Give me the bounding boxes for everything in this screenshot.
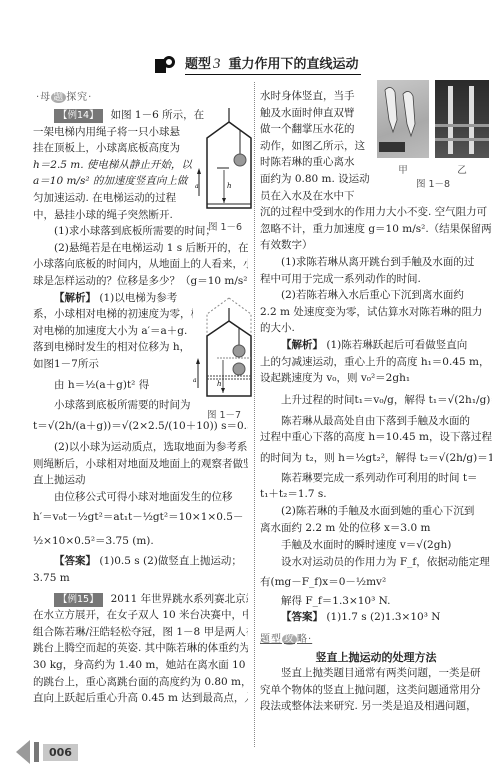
text-line: (1)以电梯为参考	[99, 292, 177, 304]
svg-text:a: a	[195, 183, 199, 190]
figure-label-yi: 乙	[435, 162, 489, 176]
text-line: 系，小球相对电梯的初速度为零，相	[33, 306, 193, 323]
text-line: h＝2.5 m. 使电梯从静止开始，以	[33, 157, 193, 174]
text-line: 竖直上抛类题目通常有两类问题，一类是研	[260, 665, 492, 682]
text-line: a＝10 m/s² 的加速度竖直向上做	[33, 173, 193, 190]
section-badge-mother-problem: ·母题探究·	[36, 88, 92, 103]
formula-line: h′＝v₀t－½gt²＝at₁t－½gt²＝10×1×0.5－	[33, 505, 248, 529]
badge-post: 探究·	[66, 92, 92, 103]
text-line: (2)陈若琳的手触及水面到她的重心下沉到	[260, 503, 492, 520]
analysis-first-line: 【解析】 (1)以电梯为参考	[33, 290, 209, 307]
question-2: (2)悬绳若是在电梯运动 1 s 后断开的，在	[33, 240, 248, 257]
text-line: 挂在顶板上，小球离底板高度为	[33, 140, 193, 157]
text-line: 直向上跃起后重心升高 0.45 m 达到最高点，入	[33, 690, 248, 707]
analysis-first-line: 【解析】 (1)陈若琳跃起后可看做竖直向	[260, 337, 492, 354]
text-line: 中，悬挂小球的绳子突然断开.	[33, 207, 193, 224]
figure-1-7: a h 图 1－7	[193, 296, 255, 416]
text-line: 3.75 m	[33, 570, 248, 587]
badge-highlight: 题	[51, 92, 66, 103]
title-text: 重力作用下的直线运动	[229, 57, 359, 72]
page-number-tab: 006	[16, 740, 78, 764]
text-line: 究单个物体的竖直上抛问题，这类问题通常用分	[260, 682, 492, 699]
analysis-tag: 【解析】	[54, 292, 96, 304]
text-line: 2011 年世界跳水系列赛北京站	[111, 593, 248, 605]
figure-1-8: 甲 乙 图 1－8	[377, 80, 495, 190]
text-line: 时陈若琳的重心离水	[260, 154, 375, 171]
pointer-hand-icon	[155, 55, 185, 73]
text-line: 面约为 0.80 m. 设运动	[260, 171, 375, 188]
text-line: (1)1.7 s (2)1.3×10³ N	[326, 611, 440, 623]
strategy-title: 竖直上抛运动的处理方法	[260, 649, 492, 665]
text-line: 组合陈若琳/汪皓轻松夺冠，图 1－8 甲是两人在	[33, 624, 248, 641]
text-line: 对电梯的加速度大小为 a′＝a＋g.	[33, 323, 193, 340]
figure-caption: 图 1－6	[195, 219, 255, 233]
text-line: 如图1－7所示	[33, 356, 193, 373]
formula-line: 手触及水面时的瞬时速度 v＝√(2gh)	[260, 536, 492, 554]
text-line: 2.2 m 处速度变为零，试估算水对陈若琳的阻力	[260, 304, 492, 321]
text-line: 过程中重心下落的高度 h＝10.45 m，设下落过程	[260, 429, 492, 446]
figure-1-6: a h 图 1－6	[195, 108, 255, 228]
text-line: t₁＋t₂＝1.7 s.	[260, 486, 492, 503]
text-line: 触及水面时伸直双臂	[260, 105, 375, 122]
text-line: 小球落到底板所需要的时间为	[33, 397, 214, 414]
answer-line: 【答案】 (1)1.7 s (2)1.3×10³ N	[260, 609, 492, 626]
text-line: 匀加速运动. 在电梯运动的过程	[33, 190, 193, 207]
photo-yi-divers-entry	[435, 80, 489, 158]
text-line: 陈若琳要完成一系列动作可利用的时间 t＝	[260, 470, 492, 487]
text-line: (1)陈若琳跃起后可看做竖直向	[326, 339, 467, 351]
text-line: 离水面约 2.2 m 处的位移 x＝3.0 m	[260, 520, 492, 537]
text-line: 30 kg，身高约为 1.40 m，她站在离水面 10 m 高	[33, 657, 248, 674]
text-line: 设起跳速度为 v₀，则 v₀²＝2gh₁	[260, 370, 492, 387]
formula-line: ½×10×0.5²＝3.75 (m).	[33, 529, 248, 553]
text-line: 在水立方展开，在女子双人 10 米台决赛中，中国	[33, 607, 248, 624]
svg-text:h: h	[217, 380, 222, 388]
text-line: 的跳台上，重心离跳台面的高度约为 0.80 m，竖	[33, 674, 248, 691]
example-tag: 【例14】	[54, 109, 103, 123]
text-line: 程中可用于完成一系列动作的时间.	[260, 271, 492, 288]
formula-line: 由 h＝½(a＋g)t² 得	[33, 373, 214, 397]
formula-line: 有(mg－F_f)x＝0－½mv²	[260, 571, 492, 593]
badge-highlight: 攻	[282, 634, 297, 645]
answer-tag: 【答案】	[281, 611, 323, 623]
photo-jia-divers-midair	[377, 80, 429, 158]
text-line: (2)以小球为运动质点，选取地面为参考系，	[33, 439, 248, 456]
formula-line: 的时间为 t₂，则 h＝½gt₂²，解得 t₂＝√(2h/g)＝1.4 s	[260, 446, 492, 470]
text-line: 跳台上腾空而起的英姿. 其中陈若琳的体重约为	[33, 640, 248, 657]
text-line: 忽略不计，重力加速度 g＝10 m/s².（结果保留两位	[260, 221, 492, 238]
text-line: 由位移公式可得小球对地面发生的位移	[33, 489, 248, 506]
text-line: 如图 1－6 所示，在	[111, 109, 205, 121]
type-number: 3	[213, 56, 221, 72]
text-line: 球是怎样运动的？位移是多少？（g＝10 m/s²）	[33, 273, 248, 290]
section-header: 题型3重力作用下的直线运动	[155, 53, 361, 75]
question-1: (1)求陈若琳从离开跳台到手触及水面的过	[260, 254, 492, 271]
question-2: (2)若陈若琳入水后重心下沉到离水面约	[260, 287, 492, 304]
svg-text:a: a	[193, 377, 197, 384]
text-line: 员在入水及在水中下	[260, 188, 375, 205]
elevator-diagram-icon: a h	[195, 108, 255, 213]
text-line: 动作，如图乙所示，这	[260, 138, 375, 155]
badge-pre: 题型	[260, 634, 282, 645]
badge-post: 略·	[297, 634, 312, 645]
divider-bar	[34, 742, 39, 762]
type-label: 题型	[185, 57, 211, 72]
text-line: 则绳断后，小球相对地面及地面上的观察者做竖	[33, 456, 248, 473]
analysis-tag: 【解析】	[281, 339, 323, 351]
section-title: 题型3重力作用下的直线运动	[185, 53, 361, 75]
badge-pre: ·母	[36, 92, 51, 103]
figure-label-jia: 甲	[377, 162, 429, 176]
text-line: 有效数字）	[260, 237, 492, 254]
text-line: 小球落向底板的时间内，从地面上的人看来，小	[33, 256, 248, 273]
text-line: 的大小.	[260, 320, 492, 337]
left-arrow-icon	[16, 740, 30, 764]
elevator-motion-diagram-icon: a h	[193, 296, 255, 401]
text-line: 落到电梯时发生的相对位移为 h，	[33, 339, 193, 356]
example14-first-line: 【例14】如图 1－6 所示，在	[33, 107, 214, 124]
figure-caption: 图 1－8	[377, 176, 489, 190]
text-line: 沉的过程中受到水的作用力大小不变. 空气阻力可	[260, 204, 492, 221]
example-tag: 【例15】	[54, 593, 103, 607]
answer-tag: 【答案】	[54, 555, 96, 567]
text-line: 段法或整体法来研究. 另一类是追及相遇问题，	[260, 698, 492, 715]
text-line: 解得 F_f＝1.3×10³ N.	[260, 593, 492, 610]
text-line: 陈若琳从最高处自由下落到手触及水面的	[260, 413, 492, 430]
formula-line: 上升过程的时间t₁＝v₀/g，解得 t₁＝√(2h₁/g)＝0.3 s	[260, 387, 492, 413]
text-line: 做一个翻掌压水花的	[260, 121, 375, 138]
figure-caption: 图 1－7	[193, 407, 255, 421]
example15-first-line: 【例15】2011 年世界跳水系列赛北京站	[33, 591, 248, 608]
text-line: 水时身体竖直，当手	[260, 88, 375, 105]
text-line: 直上抛运动	[33, 472, 248, 489]
answer-line: 【答案】 (1)0.5 s (2)做竖直上抛运动；	[33, 553, 248, 570]
text-line: 上的匀减速运动，重心上升的高度 h₁＝0.45 m，	[260, 354, 492, 371]
section-badge-strategy: 题型攻略·	[260, 630, 492, 645]
text-line: 设水对运动员的作用力为 F_f，依据动能定理	[260, 554, 492, 571]
text-line: (1)0.5 s (2)做竖直上抛运动；	[99, 555, 242, 567]
page-number: 006	[43, 744, 78, 761]
text-line: 一架电梯内用绳子将一只小球悬	[33, 124, 193, 141]
svg-text:h: h	[227, 182, 232, 190]
